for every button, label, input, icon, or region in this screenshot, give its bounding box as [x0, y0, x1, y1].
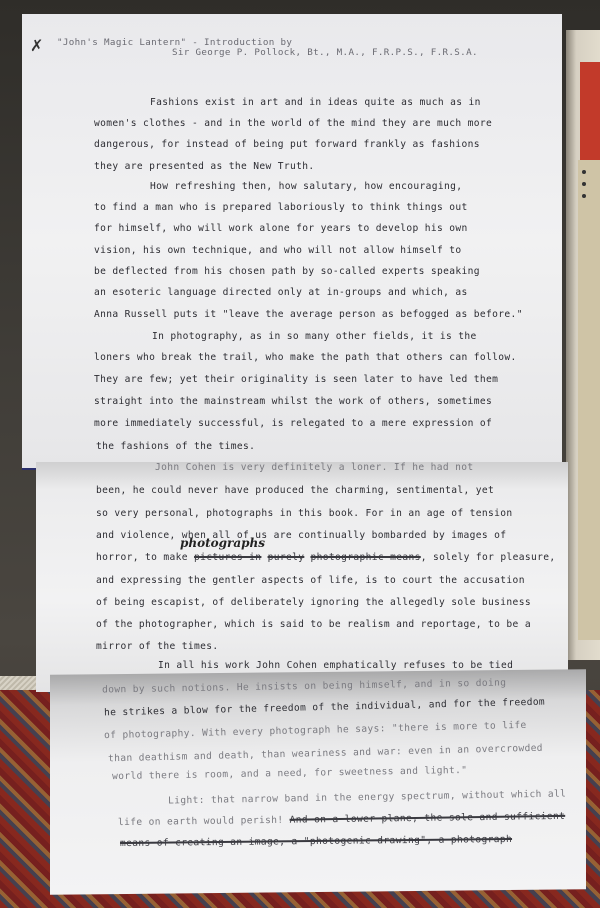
text-line: John Cohen is very definitely a loner. I… — [155, 462, 474, 473]
handwritten-insertion: photographs — [180, 536, 265, 550]
text-plain: life on earth would perish! — [118, 815, 284, 828]
text-line: In photography, as in so many other fiel… — [152, 331, 477, 342]
struck-text: pictures in — [194, 552, 261, 563]
dot — [582, 170, 586, 174]
margin-mark-icon: ✗ — [30, 36, 43, 55]
text-line: the fashions of the times. — [96, 441, 255, 452]
text-line: be deflected from his chosen path by so-… — [94, 266, 480, 277]
text-line: women's clothes - and in the world of th… — [94, 118, 492, 129]
text-line: straight into the mainstream whilst the … — [94, 396, 492, 407]
text-line: vision, his own technique, and who will … — [94, 245, 462, 256]
red-stripe — [580, 62, 600, 162]
struck-text: photographic means — [310, 552, 420, 563]
text-line: more immediately successful, is relegate… — [94, 418, 492, 429]
edited-text-line: horror, to make pictures in purely photo… — [96, 552, 556, 563]
text-line: dangerous, for instead of being put forw… — [94, 139, 480, 150]
text-after: , solely for pleasure, — [421, 552, 556, 563]
text-before: horror, to make — [96, 552, 188, 563]
text-line: for himself, who will work alone for yea… — [94, 223, 468, 234]
text-line: They are few; yet their originality is s… — [94, 374, 498, 385]
text-line: mirror of the times. — [96, 641, 219, 652]
struck-text: purely — [268, 552, 305, 563]
dot — [582, 182, 586, 186]
text-line: so very personal, photographs in this bo… — [96, 508, 513, 519]
tan-panel — [578, 160, 600, 640]
header-author: Sir George P. Pollock, Bt., M.A., F.R.P.… — [172, 47, 478, 58]
text-line: to find a man who is prepared laboriousl… — [94, 202, 468, 213]
dot — [582, 194, 586, 198]
text-line: How refreshing then, how salutary, how e… — [150, 181, 462, 192]
text-line: Fashions exist in art and in ideas quite… — [150, 97, 481, 108]
text-line: an esoteric language directed only at in… — [94, 287, 468, 298]
text-line: they are presented as the New Truth. — [94, 161, 315, 172]
text-line: Anna Russell puts it "leave the average … — [94, 309, 523, 320]
background-board — [566, 30, 600, 660]
text-line: of being escapist, of deliberately ignor… — [96, 597, 531, 608]
text-line: been, he could never have produced the c… — [96, 485, 494, 496]
text-line: of the photographer, which is said to be… — [96, 619, 531, 630]
text-line: and violence, when all of us are continu… — [96, 530, 506, 541]
text-line: loners who break the trail, who make the… — [94, 352, 517, 363]
text-line: and expressing the gentler aspects of li… — [96, 575, 525, 586]
text-line: In all his work John Cohen emphatically … — [158, 660, 513, 671]
